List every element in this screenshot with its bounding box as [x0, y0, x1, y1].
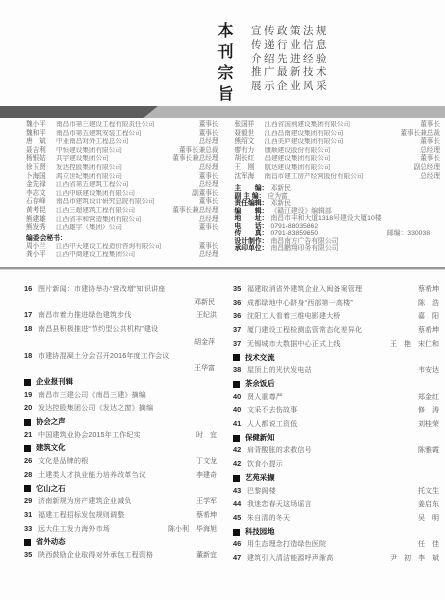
toc-page-number: 31 — [24, 509, 38, 522]
toc-item-author: 王纪洪 — [190, 310, 217, 323]
toc-item-title: 成都绿地中心跻身“西部第一高楼” — [247, 298, 353, 311]
info-label: 传 真： — [235, 230, 269, 238]
mission-line: 传递行业信息 — [251, 39, 329, 53]
toc-page-number: 36 — [233, 310, 247, 323]
toc-section-header: 建筑文化 — [24, 442, 217, 455]
toc-item-author: 尹 初 李 斌 — [384, 553, 439, 566]
toc-page-number: 33 — [24, 523, 38, 536]
section-title: 保健新知 — [245, 432, 275, 445]
section-title: 协会之声 — [36, 416, 66, 429]
member-position: 总经理 — [199, 138, 219, 147]
toc-item-author: 丁文龙 — [190, 456, 217, 469]
toc-item: 33远大住工发力海外市场陈小利 毕海旭 — [24, 523, 217, 537]
section-title: 建筑文化 — [36, 442, 66, 455]
member-company: 中恒建设集团有限公司 — [56, 147, 175, 156]
member-company: 中亚南昌对外工程总公司 — [56, 138, 195, 147]
toc-item: 18市建协混凝土分会召开2016年度工作会议 — [24, 350, 217, 364]
toc-item-title: 南昌市三建公司《南昌三建》摘编 — [38, 390, 146, 403]
toc-page-number: 26 — [24, 455, 38, 468]
board-member-row: 黄考昆江西三超建筑工程有限公司董事长兼总经理 — [26, 207, 219, 216]
toc-page-number: 40 — [233, 391, 247, 404]
toc-page-number: 44 — [233, 498, 247, 511]
section-square-icon — [233, 475, 240, 482]
member-name: 唐 斌 — [26, 138, 56, 147]
member-company: 南昌市第三建设工程有限责任公司 — [56, 121, 195, 130]
toc-item-title: 福建取消省外建筑企业入闽备案管理 — [247, 284, 362, 297]
toc-section-header: 保健新知 — [233, 432, 439, 445]
editorial-board-section: 魏小平南昌市第三建设工程有限责任公司董事长魏和平南昌市第五建筑安装工程公司董事长… — [0, 121, 445, 260]
board-member-row: 沈军海南昌市建工房产经营股份有限公司总经理 — [235, 173, 441, 182]
toc-item: 19南昌市三建公司《南昌三建》摘编 — [24, 389, 217, 403]
toc-item-author: 陈小利 毕海旭 — [162, 524, 217, 537]
member-company: 昌建建设集团有限公司 — [265, 155, 417, 164]
toc-item-title: 图片新闻：市建协举办“营改增”知识讲座 — [38, 284, 165, 297]
member-position: 董事长兼总经理 — [172, 155, 218, 164]
toc-item-author: 陈 浩 — [412, 298, 439, 311]
member-company: 江西雄宇（集团）公司 — [56, 224, 195, 233]
toc-item: 38屋顶上的光伏发电站韦安达 — [233, 364, 439, 378]
postal-code: 邮编：330038 — [387, 230, 440, 238]
section-square-icon — [24, 445, 31, 452]
member-name: 熊建雄 — [26, 216, 56, 225]
journal-mission-title: 本刊宗旨 — [212, 22, 235, 108]
toc-item-title: 南昌市着力推进绿色建筑步伐 — [38, 310, 132, 323]
member-company: 发达控股集团有限公司 — [56, 164, 195, 173]
toc-item-author: 吴 明 — [412, 513, 439, 526]
toc-item: 43巴黎阁楼托文生 — [233, 485, 439, 499]
toc-item-title: 无锡城市大数据中心正式上线 — [247, 339, 341, 352]
member-position: 总经理 — [199, 251, 219, 260]
board-member-row: 张国祥江西省国利建设集团有限公司董事长 — [235, 121, 441, 130]
section-square-icon — [233, 354, 240, 361]
toc-page-number: 21 — [24, 429, 38, 442]
toc-section-header: 省外动态 — [24, 536, 217, 549]
toc-page-number: 18 — [24, 323, 38, 336]
toc-item-author: 姜启东 — [412, 499, 439, 512]
member-position: 董事长 — [199, 224, 219, 233]
toc-item: 44我迷恋春天这场谣言姜启东 — [233, 498, 439, 512]
toc-page-number: 42 — [233, 444, 247, 457]
member-name: 熊发秀 — [26, 224, 56, 233]
toc-item: 31福建工程招标发包规则调整蔡希坤 — [24, 509, 217, 523]
member-position: 董事长 — [199, 198, 219, 207]
toc-item-author: 王 艳 宋仁和 — [384, 339, 439, 352]
member-name: 杨银姑 — [26, 155, 56, 164]
toc-item-author: 王学军 — [190, 496, 217, 509]
toc-page-number: 43 — [233, 485, 247, 498]
toc-item-author: 托文生 — [412, 486, 439, 499]
toc-item-title: 巴黎阁楼 — [247, 486, 276, 499]
section-title: 省外动态 — [36, 536, 66, 549]
board-member-row: 杨银姑共宇建设集团公司董事长兼总经理 — [26, 155, 219, 164]
toc-page-number: 29 — [24, 495, 38, 508]
publication-info-block: 主 编：邓新民副 主 编：应为富责任编辑：邓新民编 辑：《赣江建设》编辑部地 址… — [235, 185, 441, 253]
section-title: 艺苑采撷 — [245, 472, 275, 485]
toc-item: 45朱自清的冬天吴 明 — [233, 512, 439, 526]
member-position: 董事长 — [199, 121, 219, 130]
member-company: 江西美庐建设集团有限公司 — [265, 138, 417, 147]
section-title: 茶余饭后 — [245, 378, 275, 391]
mission-line: 展示企业风采 — [251, 80, 329, 94]
info-value: 邓新民 — [270, 200, 290, 208]
toc-item-title: 市建协混凝土分会召开2016年度工作会议 — [38, 351, 170, 364]
toc-page-number: 41 — [233, 418, 247, 431]
publication-info-row: 承印单位：南昌鹏翔印务有限公司 — [235, 245, 441, 253]
member-position: 总经理 — [199, 181, 219, 190]
publication-info-row: 地 址：南昌市丰和大道1318号建设大厦10楼 — [235, 215, 441, 223]
toc-page-number: 17 — [24, 309, 38, 322]
toc-item: 17南昌市着力推进绿色建筑步伐王纪洪 — [24, 309, 217, 323]
toc-item-author: 郑金红 — [412, 392, 439, 405]
member-company: 航达建设集团有限公司 — [265, 164, 410, 173]
member-name: 魏和平 — [26, 130, 56, 139]
toc-left-column: 16图片新闻：市建协举办“营改增”知识讲座邓新民17南昌市着力推进绿色建筑步伐王… — [0, 283, 225, 566]
toc-item-title: 沈阳工人看着三维电影建大桥 — [247, 311, 341, 324]
toc-item-title: 饮食小提示 — [247, 459, 283, 472]
member-position: 董事长 — [199, 173, 219, 182]
board-member-row: 周小兰江西中天建设工程造价咨询有限公司董事长 — [26, 243, 219, 252]
section-square-icon — [24, 485, 31, 492]
member-company: 南昌市建筑设计研究总院有限公司 — [56, 198, 195, 207]
toc-item-title: 厦门建设工程检测监管常态化差异化 — [247, 325, 362, 338]
toc-item-author: 蔡希坤 — [412, 284, 439, 297]
section-square-icon — [24, 419, 31, 426]
member-position: 总经理 — [199, 216, 219, 225]
toc-item: 42肩背酸胀的求救信号陈雅霞 — [233, 444, 439, 458]
toc-item: 40贤人重尊严郑金红 — [233, 391, 439, 405]
info-value: 0791-88035862 — [270, 223, 318, 231]
toc-item-title: 南昌县积极推进“节约型公共机构”建设 — [38, 324, 158, 337]
member-name: 王 刚 — [235, 164, 265, 173]
header-divider-bar — [0, 106, 445, 118]
toc-section-header: 艺苑采撷 — [233, 472, 439, 485]
member-company: 江西省丰和营造集团有限公司 — [56, 216, 195, 225]
section-square-icon — [24, 539, 31, 546]
member-position: 董事长 — [420, 121, 440, 130]
toc-item: 42饮食小提示 — [233, 458, 439, 472]
member-position: 董事长兼总裁 — [400, 130, 440, 139]
member-company: 江西省第五建筑工程公司 — [56, 181, 195, 190]
board-member-row: 聂毅世江西昌南建设集团有限公司董事长兼总裁 — [235, 130, 441, 139]
info-value: 邓新民 — [270, 185, 290, 193]
toc-page-number: 28 — [24, 469, 38, 482]
member-company: 江西省国利建设集团有限公司 — [265, 121, 417, 130]
toc-item: 20发达控股集团公司《发达之窗》摘编 — [24, 402, 217, 416]
editorial-board-left-column: 魏小平南昌市第三建设工程有限责任公司董事长魏和平南昌市第五建筑安装工程公司董事长… — [0, 121, 223, 260]
toc-item: 35福建取消省外建筑企业入闽备案管理蔡希坤 — [233, 283, 439, 297]
toc-page-number: 38 — [233, 364, 247, 377]
toc-item-author: 邓新民 — [24, 297, 217, 310]
member-company: 康顺建设股份有限公司 — [265, 147, 417, 156]
toc-item-title: 远大住工发力海外市场 — [38, 524, 110, 537]
board-member-row: 唐 斌中亚南昌对外工程总公司总经理 — [26, 138, 219, 147]
member-position: 总经理 — [420, 173, 440, 182]
toc-item-author: 蔡希坤 — [412, 325, 439, 338]
toc-page-number: 42 — [233, 458, 247, 471]
toc-item-author: 任 佳 — [412, 539, 439, 552]
member-position: 董事长兼总经理 — [172, 207, 218, 216]
toc-item-title: 用生态理念打造绿色医院 — [247, 539, 326, 552]
toc-page-number: 19 — [24, 389, 38, 402]
board-member-row: 王 刚航达建设集团有限公司副总经理 — [235, 164, 441, 173]
member-position: 董事长 — [420, 155, 440, 164]
section-square-icon — [233, 381, 240, 388]
member-name: 卜海国 — [26, 173, 56, 182]
member-name: 聂毅世 — [235, 130, 265, 139]
toc-item-author: 蔡希坤 — [190, 510, 217, 523]
board-member-row: 魏和平南昌市第五建筑安装工程公司董事长 — [26, 130, 219, 139]
toc-item-author: 董新宜 — [190, 550, 217, 563]
member-position: 董事长 — [199, 130, 219, 139]
toc-item-title: 土建类人才执业能力培养改革刍议 — [38, 470, 146, 483]
member-name: 胡长红 — [235, 155, 265, 164]
toc-item: 37厦门建设工程检测监管常态化差异化蔡希坤 — [233, 324, 439, 338]
section-title: 技术交流 — [245, 352, 275, 365]
publication-info-row: 责任编辑：邓新民 — [235, 200, 441, 208]
section-title: 企业报刊辑 — [36, 376, 73, 389]
board-member-row: 李志文江西中联建设集团有限公司副董事长 — [26, 190, 219, 199]
toc-right-column: 35福建取消省外建筑企业入闽备案管理蔡希坤36成都绿地中心跻身“西部第一高楼”陈… — [225, 283, 445, 566]
member-name: 沈军海 — [235, 173, 265, 182]
toc-page-number: 37 — [233, 324, 247, 337]
toc-item-title: 文采不去伤故事 — [247, 405, 297, 418]
toc-item-title: 我迷恋春天这场谣言 — [247, 499, 312, 512]
board-member-row: 金先禄江西省第五建筑工程公司总经理 — [26, 181, 219, 190]
board-member-row: 石存峰南昌市建筑设计研究总院有限公司董事长 — [26, 198, 219, 207]
toc-item-author: 韦安达 — [412, 365, 439, 378]
info-value: 南昌鹏翔印务有限公司 — [270, 245, 338, 253]
toc-item: 47建筑引入清洁能源呼声渐高尹 初 李 斌 — [233, 552, 439, 566]
member-name: 黄考昆 — [26, 207, 56, 216]
section-title: 它山之石 — [36, 483, 66, 496]
toc-page-number: 47 — [233, 552, 247, 565]
toc-item-title: 发达控股集团公司《发达之窗》摘编 — [38, 403, 153, 416]
member-company: 南昌市第五建筑安装工程公司 — [56, 130, 195, 139]
toc-page-number: 16 — [24, 283, 38, 296]
toc-item-title: 陕西鼓励企业取得对外承包工程资格 — [38, 550, 153, 563]
toc-item: 41人人都说工资低刘桂荣 — [233, 418, 439, 432]
toc-item-author: 修 涛 — [412, 405, 439, 418]
section-square-icon — [233, 435, 240, 442]
secretary-label: 编委会秘书： — [26, 234, 219, 243]
toc-item: 16图片新闻：市建协举办“营改增”知识讲座 — [24, 283, 217, 297]
toc-section-header: 协会之声 — [24, 416, 217, 429]
member-name: 熊绍文 — [235, 138, 265, 147]
toc-section-header: 它山之石 — [24, 483, 217, 496]
info-value: 0791-83859650 — [270, 230, 318, 238]
member-name: 徐玉贤 — [26, 164, 56, 173]
toc-section-header: 科技园地 — [233, 526, 439, 539]
header-divider-bar-dark-segment — [0, 106, 158, 118]
member-company: 共宇建设集团公司 — [56, 155, 168, 164]
toc-page-number: 36 — [233, 297, 247, 310]
board-member-row: 卜海国鸿立世纪集团有限公司董事长 — [26, 173, 219, 182]
table-of-contents: 16图片新闻：市建协举办“营改增”知识讲座邓新民17南昌市着力推进绿色建筑步伐王… — [0, 283, 445, 566]
member-position: 副总经理 — [414, 164, 440, 173]
board-member-row: 熊发秀江西雄宇（集团）公司董事长 — [26, 224, 219, 233]
toc-section-header: 技术交流 — [233, 352, 439, 365]
mission-line: 介绍先进经验 — [251, 53, 329, 67]
board-member-row: 魏小平南昌市第三建设工程有限责任公司董事长 — [26, 121, 219, 130]
toc-page-number: 35 — [24, 549, 38, 562]
toc-item-author: 陈雅霞 — [412, 445, 439, 458]
member-name: 龚小平 — [26, 251, 56, 260]
toc-page-number: 18 — [24, 350, 38, 363]
member-company: 江西三超建筑工程有限公司 — [56, 207, 168, 216]
toc-item-title: 济南新规为房产建筑企业减负 — [38, 496, 132, 509]
toc-item: 28土建类人才执业能力培养改革刍议李建奇 — [24, 469, 217, 483]
member-name: 金先禄 — [26, 181, 56, 190]
toc-page-number: 37 — [233, 338, 247, 351]
toc-section-header: 茶余饭后 — [233, 378, 439, 391]
toc-item: 18南昌县积极推进“节约型公共机构”建设 — [24, 323, 217, 337]
journal-mission-lines: 宣传政策法规传递行业信息介绍先进经验推广最新技术展示企业风采 — [251, 22, 329, 108]
member-company: 江西中联建设集团有限公司 — [56, 190, 188, 199]
member-company: 江西中商建设工程集团公司 — [56, 251, 195, 260]
toc-item-title: 中国建筑业协会2015年工作纪实 — [38, 430, 141, 443]
member-name: 魏小平 — [26, 121, 56, 130]
member-name: 张国祥 — [235, 121, 265, 130]
toc-item-title: 文化是品牌的根 — [38, 456, 88, 469]
toc-item-title: 人人都说工资低 — [247, 419, 297, 432]
mission-line: 宣传政策法规 — [251, 25, 329, 39]
toc-item-author: 嘉 阳 — [412, 311, 439, 324]
member-company: 江西中天建设工程造价咨询有限公司 — [56, 243, 195, 252]
toc-item-title: 贤人重尊严 — [247, 392, 283, 405]
member-position: 董事长 — [420, 138, 440, 147]
toc-item: 21中国建筑业协会2015年工作纪实时 宜 — [24, 429, 217, 443]
board-member-row: 熊绍文江西美庐建设集团有限公司董事长 — [235, 138, 441, 147]
member-company: 江西昌南建设集团有限公司 — [265, 130, 397, 139]
publication-info-row: 主 编：邓新民 — [235, 185, 441, 193]
toc-item: 37无锡城市大数据中心正式上线王 艳 宋仁和 — [233, 338, 439, 352]
section-square-icon — [24, 379, 31, 386]
editorial-board-right-column: 张国祥江西省国利建设集团有限公司董事长聂毅世江西昌南建设集团有限公司董事长兼总裁… — [223, 121, 445, 260]
board-member-row: 廖有力康顺建设股份有限公司总经理 — [235, 147, 441, 156]
journal-toc-page: 本刊宗旨 宣传政策法规传递行业信息介绍先进经验推广最新技术展示企业风采 魏小平南… — [0, 0, 445, 600]
toc-item-title: 肩背酸胀的求救信号 — [247, 445, 312, 458]
toc-item: 40文采不去伤故事修 涛 — [233, 404, 439, 418]
toc-item-title: 屋顶上的光伏发电站 — [247, 365, 312, 378]
info-value: 南昌市丰和大道1318号建设大厦10楼 — [270, 215, 381, 223]
section-divider-rule — [0, 267, 445, 270]
toc-item-author: 李建奇 — [190, 470, 217, 483]
board-member-row: 徐玉贤发达控股集团有限公司总经理 — [26, 164, 219, 173]
info-label: 地 址： — [235, 215, 269, 223]
toc-item-title: 福建工程招标发包规则调整 — [38, 510, 124, 523]
mission-line: 推广最新技术 — [251, 66, 329, 80]
journal-mission-block: 本刊宗旨 宣传政策法规传递行业信息介绍先进经验推广最新技术展示企业风采 — [212, 22, 329, 108]
section-title: 科技园地 — [245, 526, 275, 539]
toc-item-author: 刘桂荣 — [412, 419, 439, 432]
toc-section-header: 企业报刊辑 — [24, 376, 217, 389]
toc-item-author: 胡金萍 — [24, 337, 217, 350]
info-label: 主 编： — [235, 185, 269, 193]
toc-item-author: 时 宜 — [190, 430, 217, 443]
section-square-icon — [233, 529, 240, 536]
member-name: 石存峰 — [26, 198, 56, 207]
toc-item-title: 建筑引入清洁能源呼声渐高 — [247, 553, 333, 566]
toc-item: 35陕西鼓励企业取得对外承包工程资格董新宜 — [24, 549, 217, 563]
member-position: 总经理 — [199, 164, 219, 173]
board-member-row: 熊建雄江西省丰和营造集团有限公司总经理 — [26, 216, 219, 225]
toc-page-number: 40 — [233, 404, 247, 417]
member-company: 南昌市建工房产经营股份有限公司 — [265, 173, 417, 182]
member-company: 鸿立世纪集团有限公司 — [56, 173, 195, 182]
board-member-row: 胡长红昌建建设集团有限公司董事长 — [235, 155, 441, 164]
toc-item-title: 朱自清的冬天 — [247, 513, 290, 526]
toc-item: 46用生态理念打造绿色医院任 佳 — [233, 538, 439, 552]
board-member-row: 龚小平江西中商建设工程集团公司总经理 — [26, 251, 219, 260]
toc-item-author: 王华富 — [24, 363, 217, 376]
toc-page-number: 45 — [233, 512, 247, 525]
toc-item: 36沈阳工人看着三维电影建大桥嘉 阳 — [233, 310, 439, 324]
toc-item: 36成都绿地中心跻身“西部第一高楼”陈 浩 — [233, 297, 439, 311]
toc-item: 29济南新规为房产建筑企业减负王学军 — [24, 495, 217, 509]
info-label: 承印单位： — [235, 245, 269, 253]
toc-page-number: 20 — [24, 402, 38, 415]
toc-page-number: 35 — [233, 283, 247, 296]
publication-info-row: 传 真：0791-83859650邮编：330038 — [235, 230, 441, 238]
info-label: 责任编辑： — [235, 200, 269, 208]
toc-item: 26文化是品牌的根丁文龙 — [24, 455, 217, 469]
toc-page-number: 46 — [233, 538, 247, 551]
